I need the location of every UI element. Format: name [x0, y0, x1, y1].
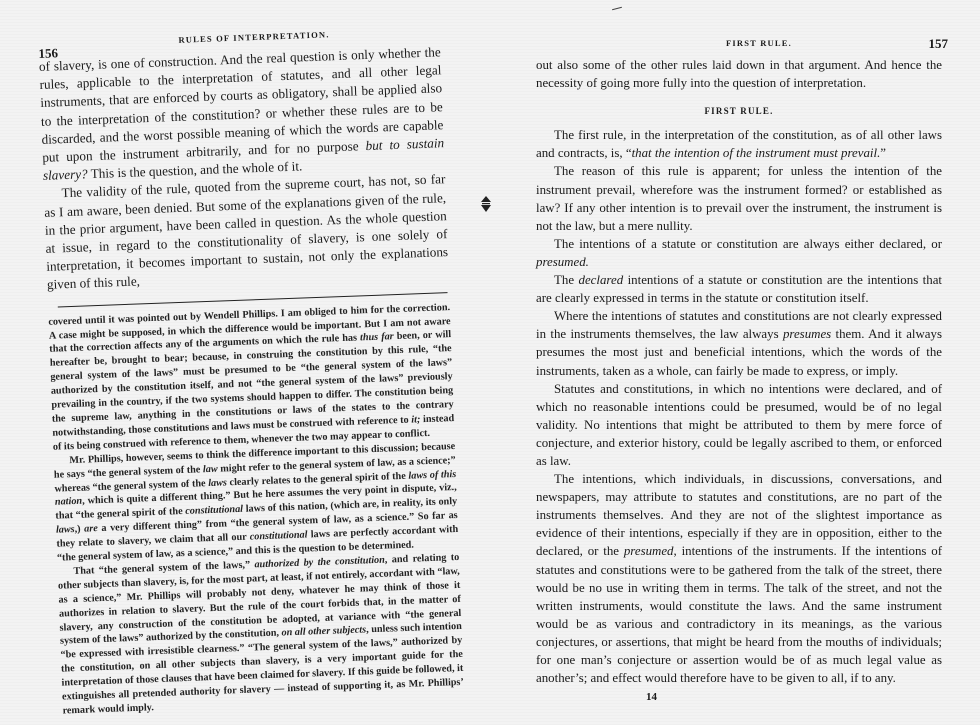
signature-mark: 14 — [536, 691, 942, 703]
right-running-title: FIRST RULE. — [726, 38, 792, 48]
footnote-paragraph-1: covered until it was pointed out by Wend… — [48, 301, 455, 455]
book-spread: 156 RULES OF INTERPRETATION. of slavery,… — [0, 0, 980, 725]
left-paragraph-1: of slavery, is one of construction. And … — [39, 43, 445, 185]
right-paragraph-4: The declared intentions of a statute or … — [536, 271, 942, 307]
right-running-head: FIRST RULE. 157 — [536, 38, 942, 56]
left-body-text: of slavery, is one of construction. And … — [39, 43, 449, 294]
binding-mark-icon — [481, 196, 491, 212]
right-paragraph-1: The first rule, in the interpretation of… — [536, 126, 942, 162]
left-paragraph-2: The validity of the rule, quoted from th… — [43, 171, 449, 295]
left-running-title: RULES OF INTERPRETATION. — [178, 29, 329, 45]
right-paragraph-5: Where the intentions of statutes and con… — [536, 307, 942, 379]
footnote: covered until it was pointed out by Wend… — [48, 301, 465, 719]
right-paragraph-7: The intentions, which individuals, in di… — [536, 470, 942, 687]
section-heading: FIRST RULE. — [536, 102, 942, 120]
right-paragraph-6: Statutes and constitutions, in which no … — [536, 380, 942, 470]
scan-speck — [612, 7, 622, 11]
right-paragraph-3: The intentions of a statute or constitut… — [536, 235, 942, 271]
right-body-text: out also some of the other rules laid do… — [536, 56, 942, 687]
footnote-paragraph-2: Mr. Phillips, however, seems to think th… — [53, 440, 459, 566]
right-page: FIRST RULE. 157 out also some of the oth… — [536, 38, 942, 703]
left-page: 156 RULES OF INTERPRETATION. of slavery,… — [38, 25, 465, 718]
right-intro-paragraph: out also some of the other rules laid do… — [536, 56, 942, 92]
footnote-paragraph-3: That “the general system of the laws,” a… — [57, 551, 464, 719]
left-page-number: 156 — [38, 45, 58, 62]
right-page-number: 157 — [929, 36, 949, 52]
right-paragraph-2: The reason of this rule is apparent; for… — [536, 162, 942, 234]
